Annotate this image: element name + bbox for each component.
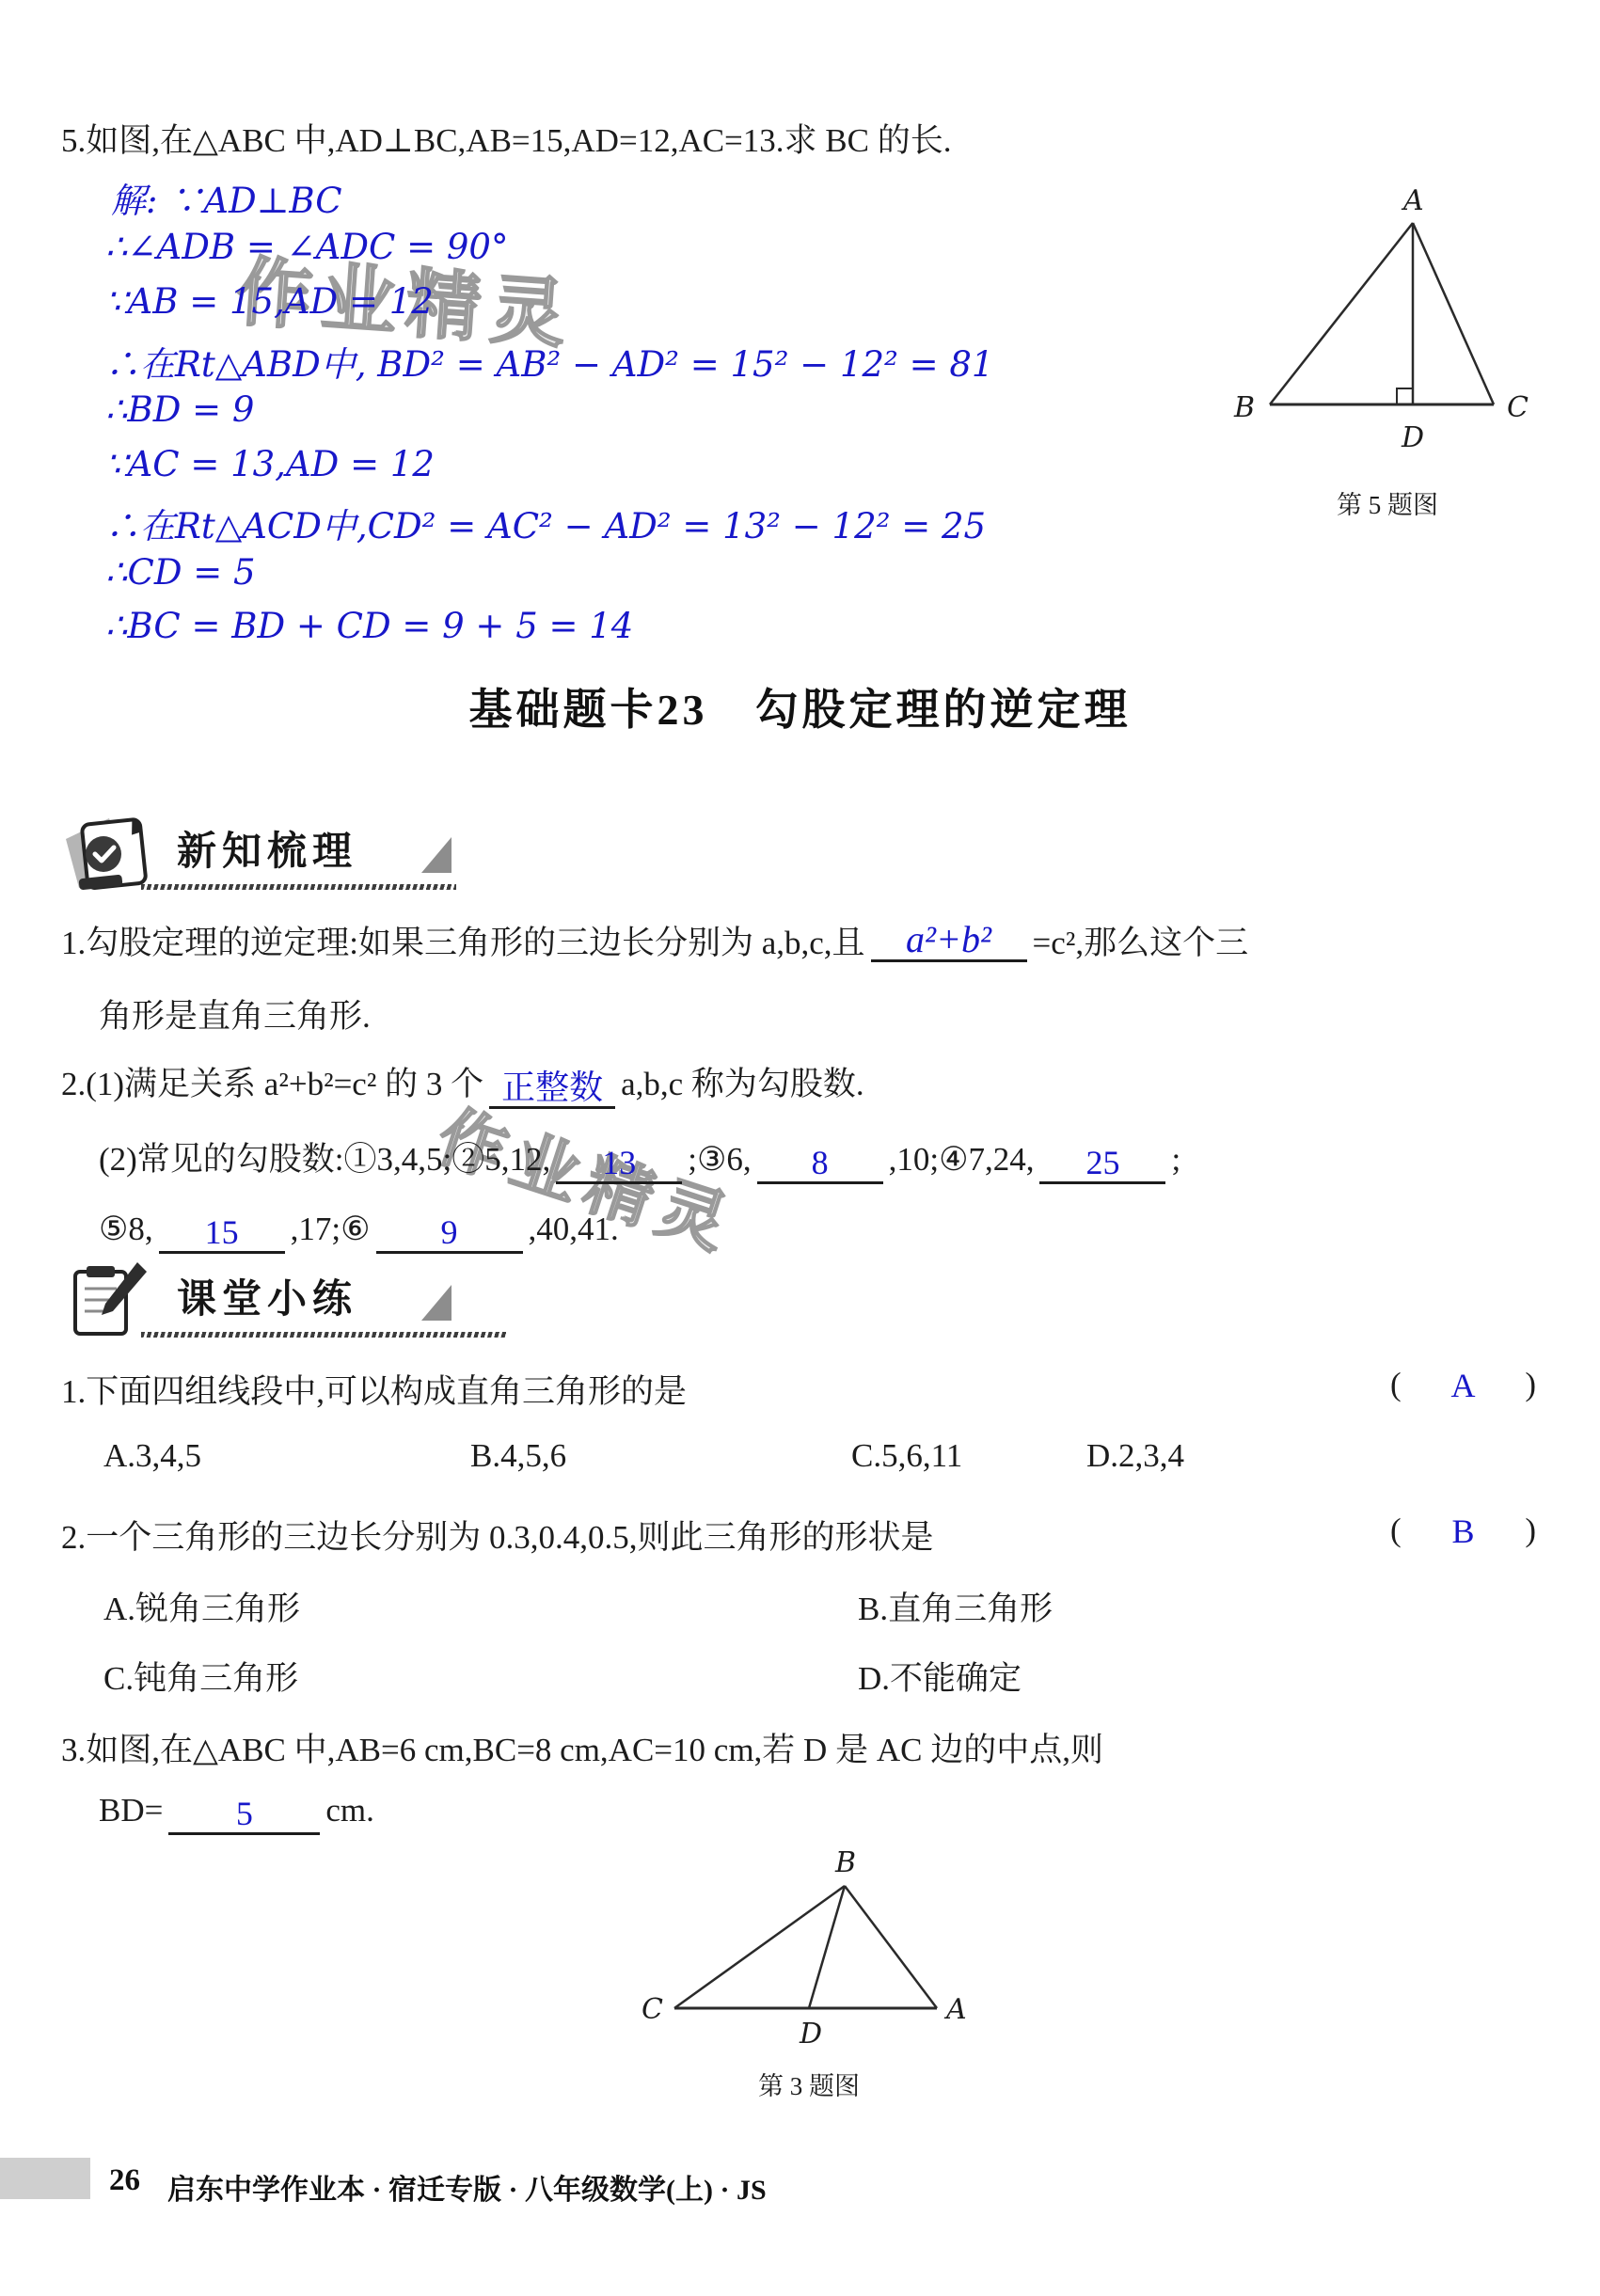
knowledge-item1-suffix: =c²,那么这个三 [1033,925,1249,961]
pythagorean-blank-answer: 8 [757,1146,883,1184]
figure3-label-c: C [642,1993,663,2026]
question1-answer: A [1451,1366,1476,1405]
figure5-triangle-svg: A B C D [1195,165,1571,475]
question1-answer-bracket: ( A ) [1390,1366,1536,1405]
question1-text: 1.下面四组线段中,可以构成直角三角形的是 [61,1366,687,1413]
question2-option-b: B.直角三角形 [858,1583,1053,1630]
knowledge-item1-line2: 角形是直角三角形. [99,990,371,1037]
solution-line: ∴在Rt△ABD中, BD² = AB² − AD² = 15² − 12² =… [105,336,993,387]
question2-answer: B [1451,1512,1474,1551]
footer-title: 启东中学作业本 · 宿迁专版 · 八年级数学(上) · JS [167,2166,767,2208]
knowledge-item4-text: ⑤8, [99,1211,153,1247]
knowledge-item3-text: ,10;④7,24, [889,1141,1035,1178]
knowledge-item3: (2)常见的勾股数:①3,4,5;②5,12,13;③6,8,10;④7,24,… [99,1133,1180,1184]
figure5-label-d: D [1401,421,1424,454]
question3-blank-answer: 5 [168,1797,320,1835]
figure3-caption: 第 3 题图 [715,2066,903,2102]
section-header: 基础题卡23 勾股定理的逆定理 [0,675,1600,737]
practice-badge-label: 课堂小练 [177,1268,357,1324]
question2-text: 2.一个三角形的三边长分别为 0.3,0.4,0.5,则此三角形的形状是 [61,1512,934,1559]
knowledge-item3-text: ; [1171,1141,1180,1178]
page-number: 26 [109,2163,140,2198]
figure5-label-a: A [1401,184,1424,217]
figure3-label-d: D [799,2018,822,2051]
question1-option-c: C.5,6,11 [851,1437,962,1475]
figure5-label-c: C [1507,391,1529,424]
solution-line: ∴在Rt△ACD中,CD² = AC² − AD² = 13² − 12² = … [105,498,986,548]
question3-bd-label: BD= [99,1792,163,1829]
question2-answer-bracket: ( B ) [1390,1512,1536,1551]
pythagorean-blank-answer: 13 [556,1146,682,1184]
pythagorean-blank-answer: 15 [159,1215,285,1254]
knowledge-item1-text: 1.勾股定理的逆定理:如果三角形的三边长分别为 a,b,c,且 [61,925,865,961]
solution-line: ∵AB = 15,AD = 12 [105,281,434,322]
knowledge-item2: 2.(1)满足关系 a²+b²=c² 的 3 个正整数a,b,c 称为勾股数. [61,1058,864,1109]
question2-option-c: C.钝角三角形 [103,1653,298,1700]
badge-divider [141,884,456,890]
knowledge-item1-blank-answer: a²+b² [871,920,1027,962]
knowledge-item4-text: ,17;⑥ [291,1211,371,1247]
bracket-close: ) [1525,1512,1536,1551]
knowledge-item4: ⑤8,15,17;⑥9,40,41. [99,1211,619,1254]
badge-divider [141,1332,508,1338]
question1-option-d: D.2,3,4 [1086,1437,1184,1475]
solution-line: ∴CD = 5 [105,552,256,593]
pythagorean-blank-answer: 9 [376,1215,523,1254]
solution-line: ∵AC = 13,AD = 12 [105,444,435,484]
solution-line: ∴BD = 9 [105,389,254,430]
solution-line: ∴∠ADB = ∠ADC = 90° [105,227,508,267]
question1-option-a: A.3,4,5 [103,1437,201,1475]
knowledge-item2-blank-answer: 正整数 [489,1070,615,1109]
question1-option-b: B.4,5,6 [470,1437,566,1475]
question3-answer-line: BD=5cm. [99,1792,374,1835]
figure5-label-b: B [1233,391,1255,424]
knowledge-item3-text: ;③6, [688,1141,751,1178]
badge-pointer-icon [421,837,451,873]
figure3-label-a: A [943,1993,967,2026]
pythagorean-blank-answer: 25 [1039,1146,1165,1184]
question3-unit: cm. [325,1792,374,1829]
knowledge-badge-label: 新知梳理 [177,820,357,877]
solution-line: ∴BC = BD + CD = 9 + 5 = 14 [105,606,633,646]
question2-option-d: D.不能确定 [858,1653,1022,1700]
knowledge-item3-text: (2)常见的勾股数:①3,4,5;②5,12, [99,1141,550,1178]
figure3-label-b: B [834,1846,856,1879]
figure3-triangle-svg: B C A D [602,1834,1016,2060]
solution-line: 解: ∵AD⊥BC [111,172,342,223]
figure5-caption: 第 5 题图 [1303,484,1472,521]
workbook-page: 作业精灵 作业精灵 5.如图,在△ABC 中,AD⊥BC,AB=15,AD=12… [0,0,1600,2296]
badge-pointer-icon [421,1285,451,1321]
knowledge-item2-text: 2.(1)满足关系 a²+b²=c² 的 3 个 [61,1066,483,1102]
bracket-close: ) [1525,1366,1536,1405]
knowledge-item1: 1.勾股定理的逆定理:如果三角形的三边长分别为 a,b,c,且a²+b²=c²,… [61,917,1248,964]
problem5-statement: 5.如图,在△ABC 中,AD⊥BC,AB=15,AD=12,AC=13.求 B… [61,115,952,162]
knowledge-item4-text: ,40,41. [529,1211,619,1247]
question2-option-a: A.锐角三角形 [103,1583,300,1630]
bracket-open: ( [1390,1366,1402,1405]
question3-text: 3.如图,在△ABC 中,AB=6 cm,BC=8 cm,AC=10 cm,若 … [61,1724,1103,1771]
knowledge-item2-suffix: a,b,c 称为勾股数. [621,1066,864,1102]
footer-edge-block [0,2158,90,2199]
bracket-open: ( [1390,1512,1402,1551]
